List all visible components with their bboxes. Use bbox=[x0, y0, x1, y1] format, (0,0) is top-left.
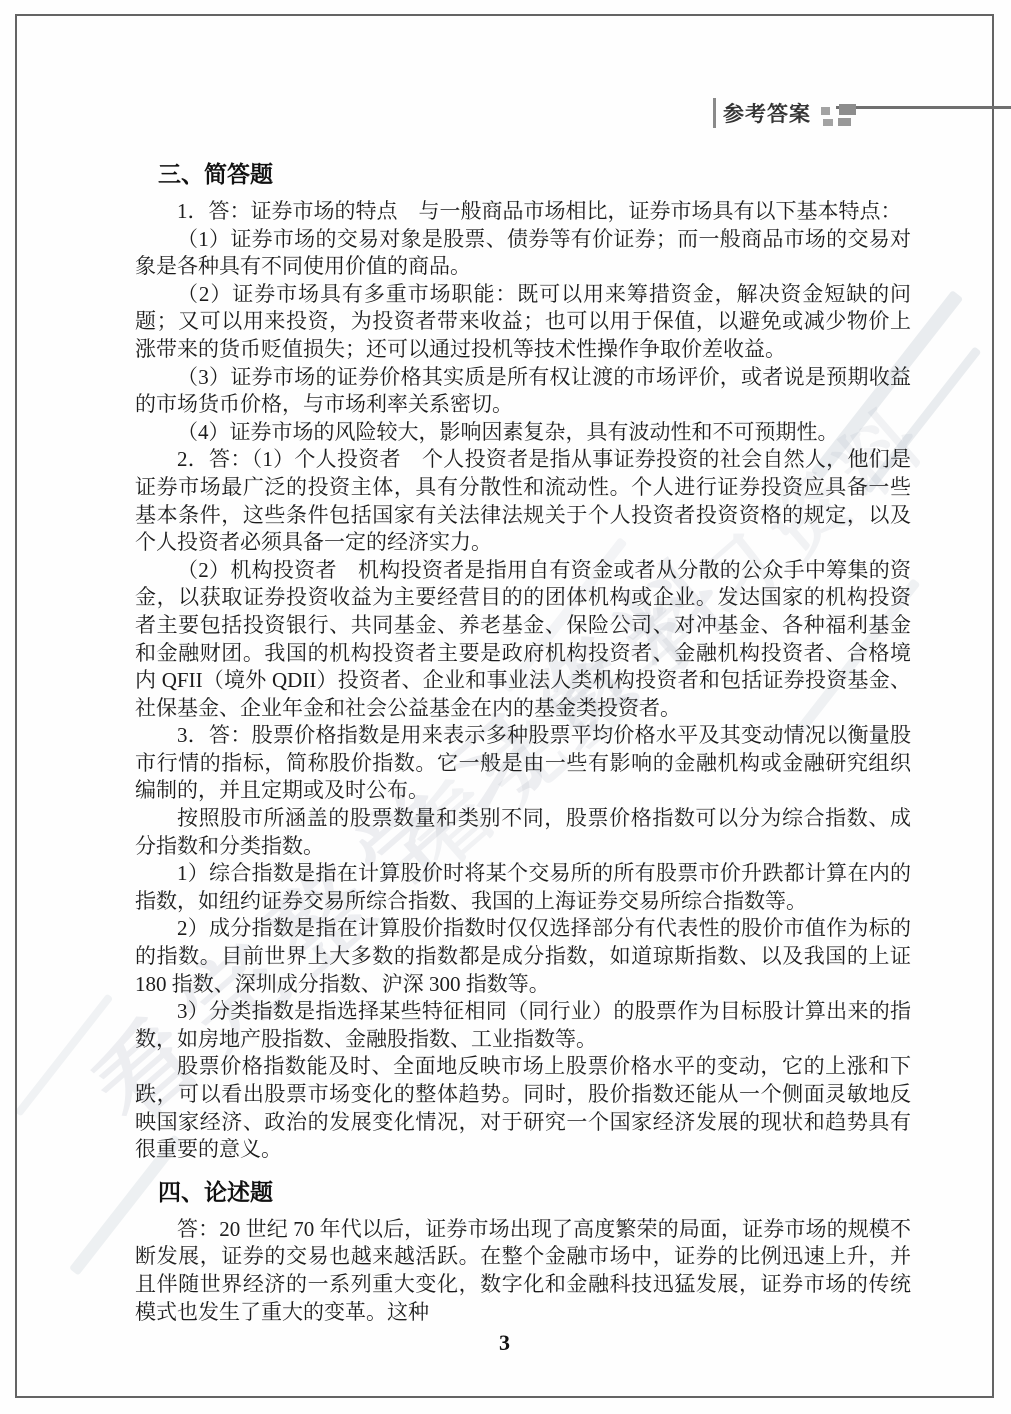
running-head-label: 参考答案 bbox=[723, 98, 811, 128]
paragraph: 3）分类指数是指选择某些特征相同（同行业）的股票作为目标股计算出来的指数，如房地… bbox=[135, 998, 911, 1053]
answer-content: 三、简答题 1．答：证券市场的特点 与一般商品市场相比，证券市场具有以下基本特点… bbox=[135, 160, 911, 1326]
paragraph: 2）成分指数是指在计算股价指数时仅仅选择部分有代表性的股价市值作为标的的指数。目… bbox=[135, 915, 911, 998]
paragraph: 1）综合指数是指在计算股价时将某个交易所的所有股票市价升跌都计算在内的指数，如纽… bbox=[135, 860, 911, 915]
paragraph: 2．答：（1）个人投资者 个人投资者是指从事证券投资的社会自然人，他们是证券市场… bbox=[135, 446, 911, 556]
page-number: 3 bbox=[15, 1330, 994, 1356]
running-head: 参考答案 bbox=[713, 96, 861, 130]
pixel-squares-icon bbox=[819, 100, 861, 131]
paragraph: 3．答：股票价格指数是用来表示多种股票平均价格水平及其变动情况以衡量股市行情的指… bbox=[135, 722, 911, 805]
header-rule bbox=[836, 106, 1011, 109]
section-heading-essay: 四、论述题 bbox=[135, 1178, 911, 1206]
paragraph: 股票价格指数能及时、全面地反映市场上股票价格水平的变动，它的上涨和下跌，可以看出… bbox=[135, 1053, 911, 1163]
paragraph: （4）证券市场的风险较大，影响因素复杂，具有波动性和不可预期性。 bbox=[135, 419, 911, 447]
paragraph: 1．答：证券市场的特点 与一般商品市场相比，证券市场具有以下基本特点： bbox=[135, 198, 911, 226]
paragraph: （2）证券市场具有多重市场职能：既可以用来筹措资金，解决资金短缺的问题；又可以用… bbox=[135, 281, 911, 364]
paragraph: 答：20 世纪 70 年代以后，证券市场出现了高度繁荣的局面，证券市场的规模不断… bbox=[135, 1216, 911, 1326]
paragraph: （3）证券市场的证券价格其实质是所有权让渡的市场评价，或者说是预期收益的市场货币… bbox=[135, 364, 911, 419]
paragraph: （1）证券市场的交易对象是股票、债券等有价证券；而一般商品市场的交易对象是各种具… bbox=[135, 226, 911, 281]
paragraph: （2）机构投资者 机构投资者是指用自有资金或者从分散的公众手中筹集的资金，以获取… bbox=[135, 557, 911, 723]
document-page: 看完整学习资料 看完整学习资料 参考答案 三、简答题 1．答：证券市场的特点 与… bbox=[0, 0, 1011, 1414]
header-vertical-bar bbox=[713, 98, 716, 128]
paragraph: 按照股市所涵盖的股票数量和类别不同，股票价格指数可以分为综合指数、成分指数和分类… bbox=[135, 805, 911, 860]
section-heading-short-answer: 三、简答题 bbox=[135, 160, 911, 188]
